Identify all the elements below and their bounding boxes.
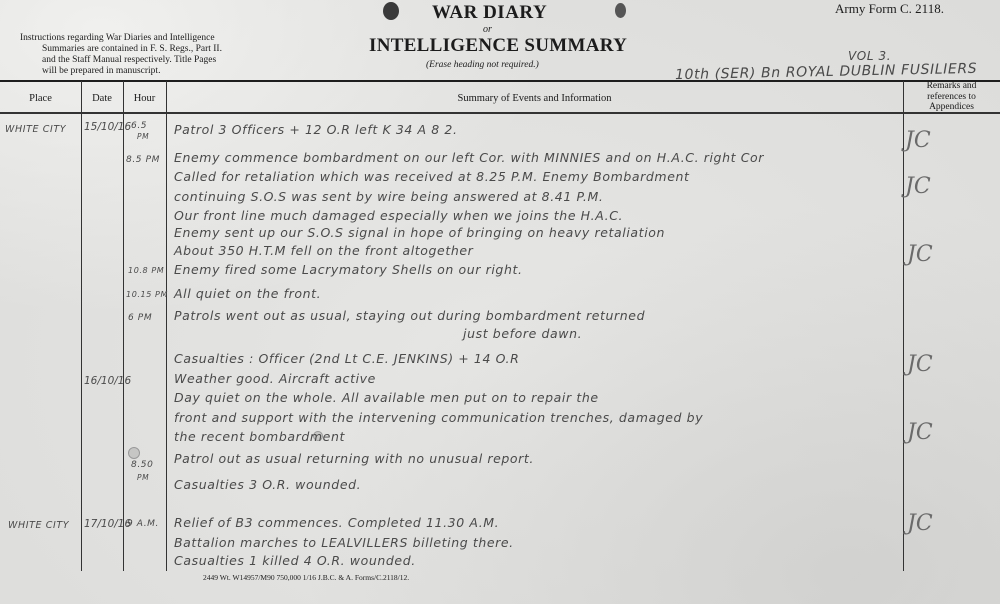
entry-hour: 10.8 PM [128, 266, 164, 275]
summary-line: Enemy sent up our S.O.S signal in hope o… [174, 225, 665, 240]
ink-blot [615, 3, 626, 18]
column-header-date: Date [81, 93, 123, 104]
entry-hour: 8.5 PM [126, 155, 160, 165]
volume-label: VOL 3. [848, 49, 891, 63]
entry-hour: 6.5 [131, 121, 147, 131]
entry-date: 16/10/16 [84, 375, 131, 387]
entry-hour-ampm: PM [137, 473, 149, 482]
remarks-header-line: Remarks and [903, 81, 1000, 92]
entry-hour: 10.15 PM [126, 290, 168, 299]
remarks-header-line: Appendices [903, 102, 1000, 113]
summary-line: the recent bombardment [174, 429, 345, 444]
summary-line: continuing S.O.S was sent by wire being … [174, 189, 603, 204]
remark-initials: JC [907, 420, 933, 445]
instructions-line: Summaries are contained in F. S. Regs., … [20, 44, 222, 55]
ink-blot [383, 2, 399, 20]
column-header-summary: Summary of Events and Information [166, 93, 903, 104]
print-reference: 2449 Wt. W14957/M90 750,000 1/16 J.B.C. … [203, 573, 409, 582]
entry-place: WHITE CITY [8, 520, 69, 531]
column-divider [903, 81, 904, 571]
entry-hour: 9 A.M. [127, 519, 159, 529]
summary-line: Patrol 3 Officers + 12 O.R left K 34 A 8… [174, 122, 458, 137]
remark-initials: JC [907, 352, 933, 377]
instructions-line: will be prepared in manuscript. [20, 66, 222, 77]
entry-date: 17/10/16 [84, 518, 131, 530]
entry-hour-ampm: PM [137, 132, 149, 141]
instructions-line: Instructions regarding War Diaries and I… [20, 33, 222, 44]
summary-line: Weather good. Aircraft active [174, 371, 376, 386]
remark-initials: JC [905, 128, 931, 153]
header-rule [0, 80, 1000, 82]
column-divider [81, 81, 82, 571]
summary-line: All quiet on the front. [174, 286, 321, 301]
summary-line: Battalion marches to LEALVILLERS billeti… [174, 535, 514, 550]
summary-line: About 350 H.T.M fell on the front altoge… [174, 243, 473, 258]
entry-place: WHITE CITY [5, 124, 66, 135]
summary-line: Enemy fired some Lacrymatory Shells on o… [174, 262, 523, 277]
column-divider [123, 81, 124, 571]
summary-line: Casualties : Officer (2nd Lt C.E. JENKIN… [174, 351, 519, 366]
instructions-line: and the Staff Manual respectively. Title… [20, 55, 222, 66]
erase-note: (Erase heading not required.) [426, 60, 539, 70]
column-header-hour: Hour [123, 93, 166, 104]
summary-line: Casualties 1 killed 4 O.R. wounded. [174, 553, 416, 568]
form-instructions: Instructions regarding War Diaries and I… [20, 33, 222, 77]
title-or: or [483, 24, 492, 35]
summary-line: front and support with the intervening c… [174, 410, 703, 425]
entry-hour: 6 PM [128, 313, 152, 323]
page-title: WAR DIARY [432, 2, 547, 24]
entry-date: 15/10/16 [84, 121, 131, 133]
summary-line: just before dawn. [463, 326, 582, 341]
summary-line: Enemy commence bombardment on our left C… [174, 150, 764, 165]
column-divider [166, 81, 167, 571]
summary-line: Casualties 3 O.R. wounded. [174, 477, 361, 492]
summary-line: Patrol out as usual returning with no un… [174, 451, 534, 466]
column-header-rule [0, 112, 1000, 114]
form-number: Army Form C. 2118. [835, 1, 944, 17]
column-header-place: Place [0, 93, 81, 104]
summary-line: Called for retaliation which was receive… [174, 169, 690, 184]
remarks-header-line: references to [903, 92, 1000, 103]
page-subtitle: INTELLIGENCE SUMMARY [369, 35, 627, 57]
summary-line: Our front line much damaged especially w… [174, 208, 623, 223]
remark-initials: JC [907, 242, 933, 267]
summary-line: Day quiet on the whole. All available me… [174, 390, 599, 405]
column-header-remarks: Remarks and references to Appendices [903, 81, 1000, 113]
summary-line: Relief of B3 commences. Completed 11.30 … [174, 515, 499, 530]
summary-line: Patrols went out as usual, staying out d… [174, 308, 645, 323]
stain-mark [128, 447, 140, 459]
remark-initials: JC [905, 174, 931, 199]
remark-initials: JC [907, 511, 933, 536]
entry-hour: 8.50 [131, 460, 153, 470]
